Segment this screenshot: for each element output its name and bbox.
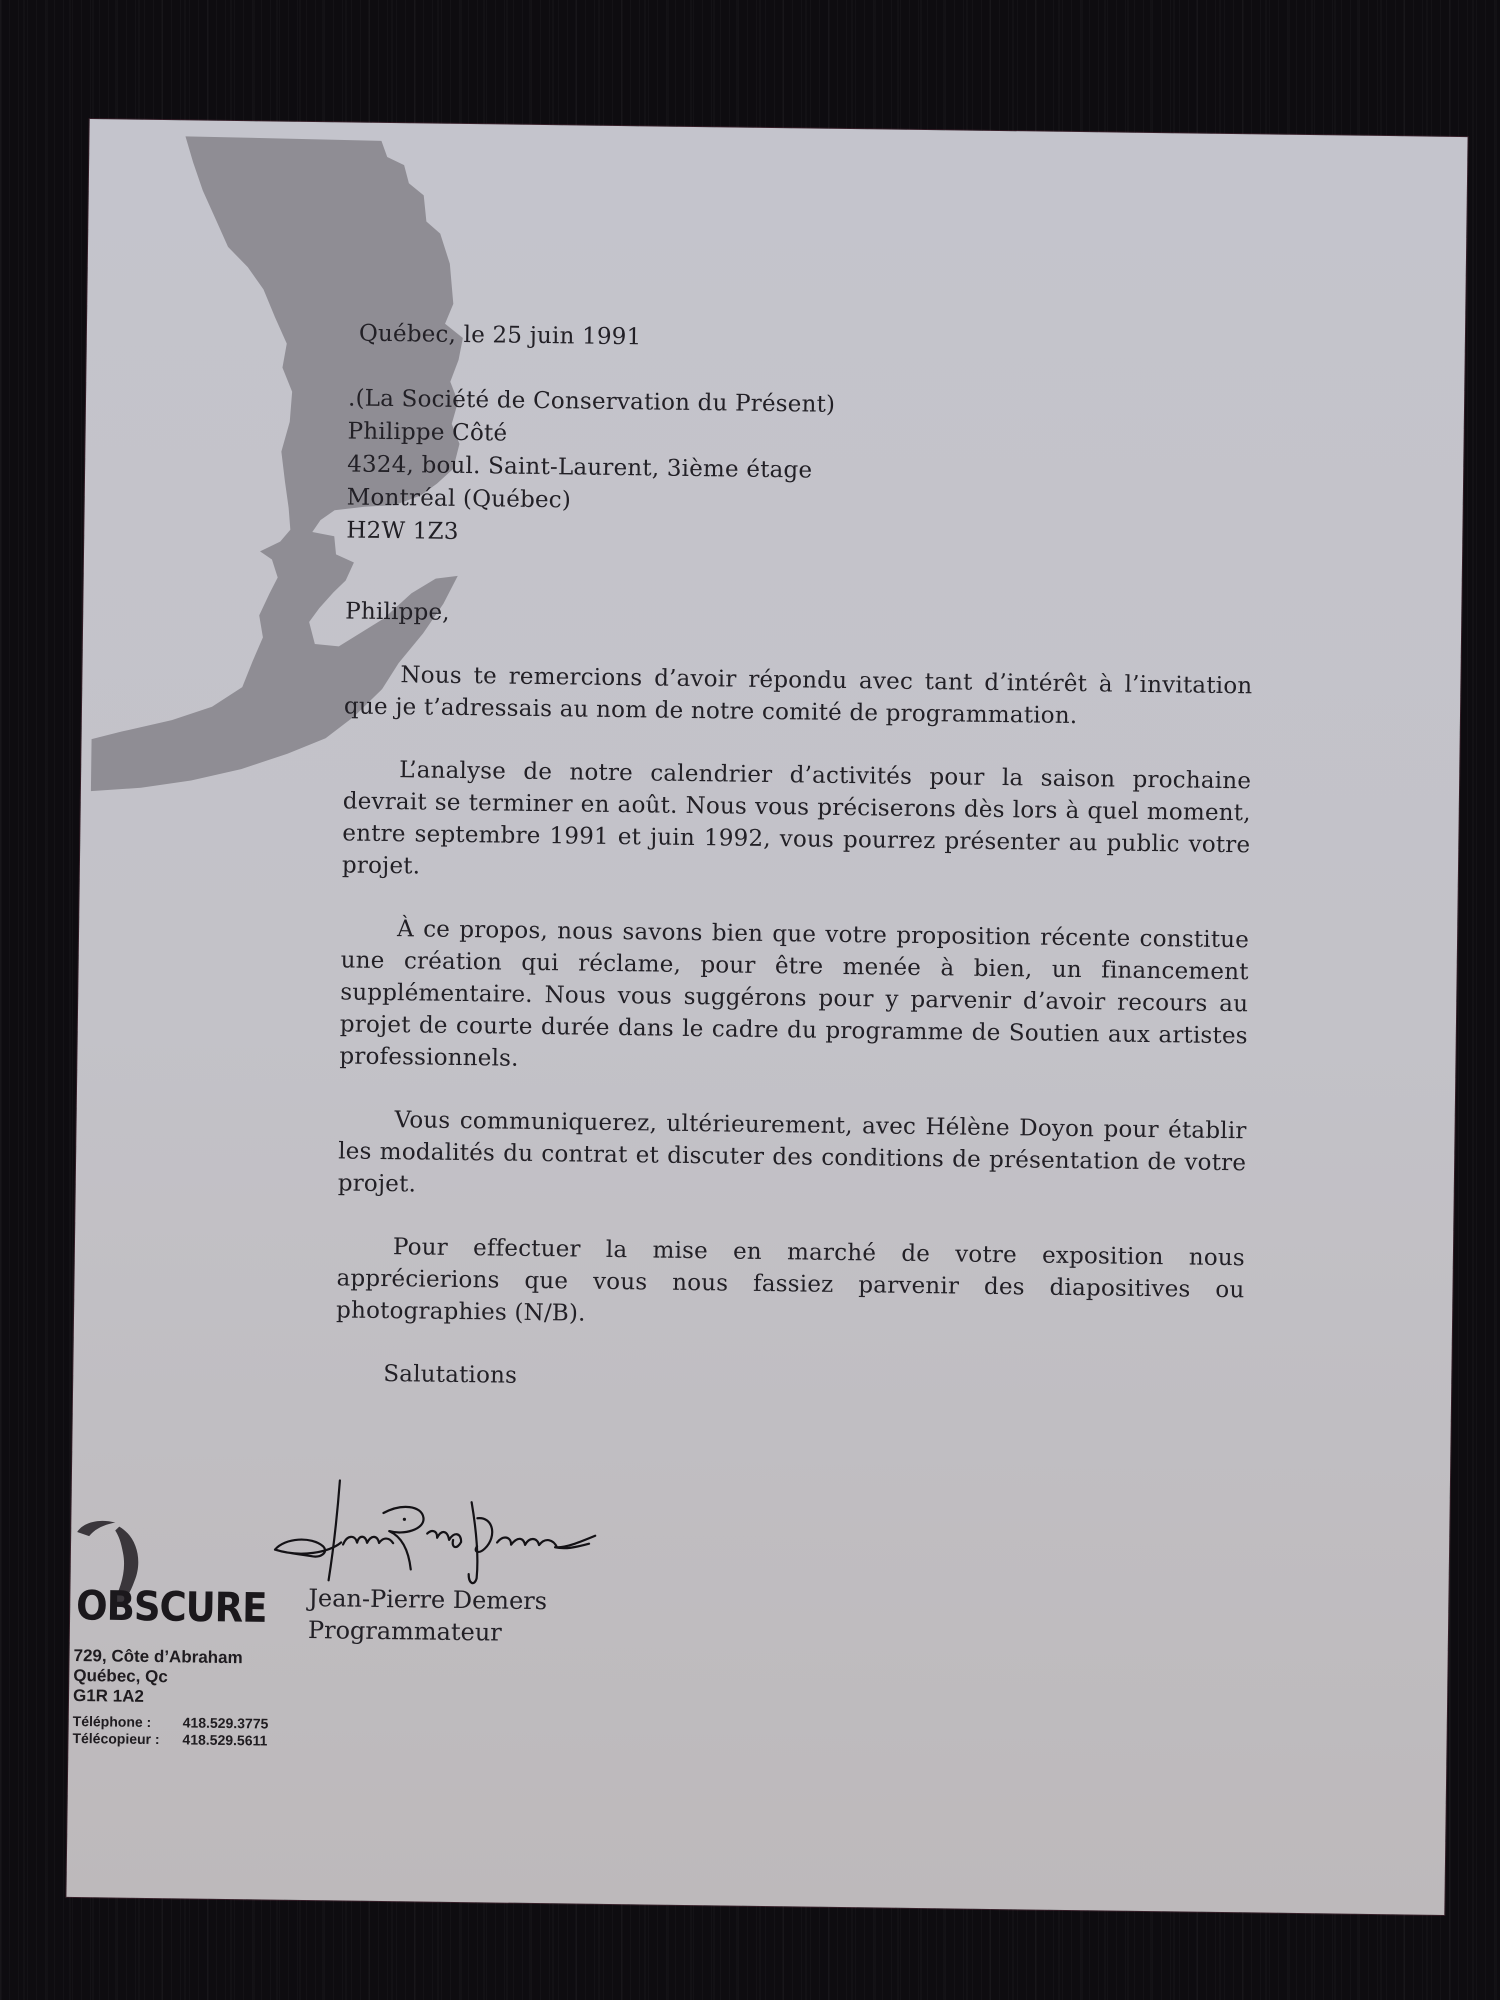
letter-sheet: Québec, le 25 juin 1991 .(La Société de … <box>66 119 1467 1915</box>
letter-body: Québec, le 25 juin 1991 .(La Société de … <box>335 317 1257 1402</box>
contact-fax: Télécopieur : 418.529.5611 <box>72 1730 268 1750</box>
handwritten-signature <box>270 1472 602 1596</box>
org-address-line: Québec, Qc <box>73 1666 242 1688</box>
letter-closing: Salutations <box>383 1358 1243 1402</box>
letter-paragraph: Vous communiquerez, ultérieurement, avec… <box>338 1103 1247 1211</box>
letter-greeting: Philippe, <box>345 595 1253 640</box>
obscure-logo: OBSCURE <box>74 1514 275 1627</box>
signer-block: Jean-Pierre Demers Programmateur <box>308 1582 548 1649</box>
contact-label: Téléphone : <box>73 1713 183 1731</box>
organization-contacts: Téléphone : 418.529.3775 Télécopieur : 4… <box>72 1713 268 1750</box>
signer-title: Programmateur <box>308 1614 547 1649</box>
org-address-line: G1R 1A2 <box>73 1686 242 1708</box>
contact-value: 418.529.5611 <box>182 1731 267 1749</box>
logo-wordmark: OBSCURE <box>76 1582 267 1632</box>
org-address-line: 729, Côte d’Abraham <box>73 1646 242 1668</box>
letter-paragraph: L’analyse de notre calendrier d’activité… <box>342 753 1252 893</box>
recipient-address: .(La Société de Conservation du Présent)… <box>346 382 1256 559</box>
letter-date: Québec, le 25 juin 1991 <box>359 318 1257 363</box>
signer-name: Jean-Pierre Demers <box>308 1582 547 1617</box>
contact-value: 418.529.3775 <box>183 1714 269 1732</box>
letter-paragraph: Nous te remercions d’avoir répondu avec … <box>344 658 1253 734</box>
letter-paragraph: Pour effectuer la mise en marché de votr… <box>336 1230 1245 1338</box>
contact-label: Télécopieur : <box>72 1730 182 1748</box>
organization-address: 729, Côte d’Abraham Québec, Qc G1R 1A2 <box>73 1646 243 1708</box>
letter-paragraph: À ce propos, nous savons bien que votre … <box>339 912 1249 1084</box>
